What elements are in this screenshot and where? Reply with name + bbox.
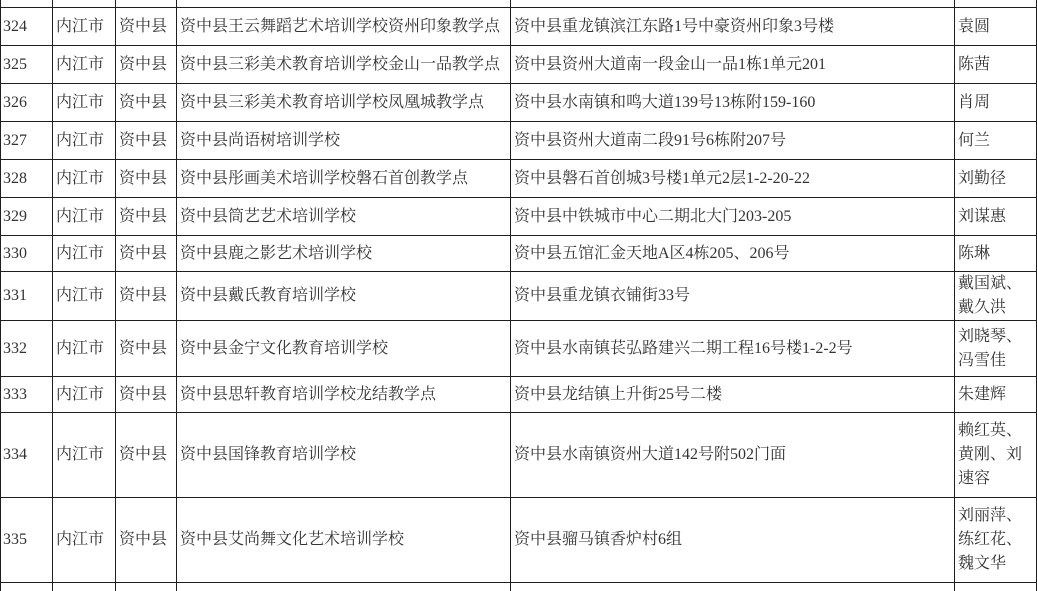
- table-row-partial-bottom: [1, 583, 1037, 591]
- county-cell: 资中县: [116, 413, 177, 498]
- county-cell: 资中县: [116, 498, 177, 583]
- table-row-partial-top: [1, 0, 1037, 8]
- city-cell: 内江市: [53, 236, 116, 272]
- school-cell: 资中县鹿之影艺术培训学校: [177, 236, 511, 272]
- contact-cell: 戴国斌、戴久洪: [955, 272, 1037, 321]
- seq-cell: 328: [1, 160, 53, 198]
- county-cell: [116, 583, 177, 591]
- city-cell: 内江市: [53, 272, 116, 321]
- contact-cell: 肖周: [955, 84, 1037, 122]
- contact-cell: [955, 583, 1037, 591]
- school-cell: 资中县国锋教育培训学校: [177, 413, 511, 498]
- seq-cell: 329: [1, 198, 53, 236]
- city-cell: [53, 0, 116, 8]
- county-cell: 资中县: [116, 198, 177, 236]
- city-cell: [53, 583, 116, 591]
- contact-cell: 袁圆: [955, 8, 1037, 46]
- city-cell: 内江市: [53, 46, 116, 84]
- table-row: 325 内江市 资中县 资中县三彩美术教育培训学校金山一品教学点 资中县资州大道…: [1, 46, 1037, 84]
- table-row: 327 内江市 资中县 资中县尚语树培训学校 资中县资州大道南二段91号6栋附2…: [1, 122, 1037, 160]
- county-cell: 资中县: [116, 236, 177, 272]
- school-cell: 资中县三彩美术教育培训学校凤凰城教学点: [177, 84, 511, 122]
- contact-cell: 刘勤径: [955, 160, 1037, 198]
- county-cell: 资中县: [116, 46, 177, 84]
- school-cell: 资中县思轩教育培训学校龙结教学点: [177, 377, 511, 413]
- seq-cell: 332: [1, 321, 53, 377]
- contact-cell: 刘晓琴、冯雪佳: [955, 321, 1037, 377]
- city-cell: 内江市: [53, 198, 116, 236]
- city-cell: 内江市: [53, 122, 116, 160]
- city-cell: 内江市: [53, 321, 116, 377]
- city-cell: 内江市: [53, 413, 116, 498]
- seq-cell: [1, 583, 53, 591]
- address-cell: 资中县龙结镇上升街25号二楼: [511, 377, 955, 413]
- seq-cell: 330: [1, 236, 53, 272]
- contact-cell: 陈琳: [955, 236, 1037, 272]
- address-cell: [511, 0, 955, 8]
- contact-cell: 朱建辉: [955, 377, 1037, 413]
- address-cell: [511, 583, 955, 591]
- seq-cell: 327: [1, 122, 53, 160]
- address-cell: 资中县重龙镇滨江东路1号中豪资州印象3号楼: [511, 8, 955, 46]
- county-cell: 资中县: [116, 122, 177, 160]
- city-cell: 内江市: [53, 8, 116, 46]
- county-cell: 资中县: [116, 84, 177, 122]
- contact-cell: 刘谋惠: [955, 198, 1037, 236]
- table-row: 334 内江市 资中县 资中县国锋教育培训学校 资中县水南镇资州大道142号附5…: [1, 413, 1037, 498]
- city-cell: 内江市: [53, 160, 116, 198]
- seq-cell: 325: [1, 46, 53, 84]
- contact-cell: 陈茜: [955, 46, 1037, 84]
- address-cell: 资中县重龙镇衣铺街33号: [511, 272, 955, 321]
- table-row: 335 内江市 资中县 资中县艾尚舞文化艺术培训学校 资中县骝马镇香炉村6组 刘…: [1, 498, 1037, 583]
- school-cell: 资中县王云舞蹈艺术培训学校资州印象教学点: [177, 8, 511, 46]
- address-cell: 资中县资州大道南一段金山一品1栋1单元201: [511, 46, 955, 84]
- address-cell: 资中县水南镇苌弘路建兴二期工程16号楼1-2-2号: [511, 321, 955, 377]
- contact-cell: 何兰: [955, 122, 1037, 160]
- table-row: 333 内江市 资中县 资中县思轩教育培训学校龙结教学点 资中县龙结镇上升街25…: [1, 377, 1037, 413]
- address-cell: 资中县水南镇和鸣大道139号13栋附159-160: [511, 84, 955, 122]
- county-cell: 资中县: [116, 8, 177, 46]
- seq-cell: 335: [1, 498, 53, 583]
- contact-cell: [955, 0, 1037, 8]
- city-cell: 内江市: [53, 377, 116, 413]
- table-row: 326 内江市 资中县 资中县三彩美术教育培训学校凤凰城教学点 资中县水南镇和鸣…: [1, 84, 1037, 122]
- table-row: 329 内江市 资中县 资中县筒艺艺术培训学校 资中县中铁城市中心二期北大门20…: [1, 198, 1037, 236]
- table-row: 330 内江市 资中县 资中县鹿之影艺术培训学校 资中县五馆汇金天地A区4栋20…: [1, 236, 1037, 272]
- seq-cell: 324: [1, 8, 53, 46]
- city-cell: 内江市: [53, 84, 116, 122]
- county-cell: 资中县: [116, 272, 177, 321]
- school-cell: 资中县筒艺艺术培训学校: [177, 198, 511, 236]
- city-cell: 内江市: [53, 498, 116, 583]
- address-cell: 资中县中铁城市中心二期北大门203-205: [511, 198, 955, 236]
- address-cell: 资中县五馆汇金天地A区4栋205、206号: [511, 236, 955, 272]
- county-cell: [116, 0, 177, 8]
- table-row: 328 内江市 资中县 资中县彤画美术培训学校磐石首创教学点 资中县磐石首创城3…: [1, 160, 1037, 198]
- seq-cell: 333: [1, 377, 53, 413]
- school-cell: [177, 0, 511, 8]
- address-cell: 资中县磐石首创城3号楼1单元2层1-2-20-22: [511, 160, 955, 198]
- table-row: 332 内江市 资中县 资中县金宁文化教育培训学校 资中县水南镇苌弘路建兴二期工…: [1, 321, 1037, 377]
- address-cell: 资中县骝马镇香炉村6组: [511, 498, 955, 583]
- county-cell: 资中县: [116, 321, 177, 377]
- county-cell: 资中县: [116, 377, 177, 413]
- table-row: 331 内江市 资中县 资中县戴氏教育培训学校 资中县重龙镇衣铺街33号 戴国斌…: [1, 272, 1037, 321]
- address-cell: 资中县水南镇资州大道142号附502门面: [511, 413, 955, 498]
- school-cell: 资中县金宁文化教育培训学校: [177, 321, 511, 377]
- contact-cell: 刘丽萍、练红花、魏文华: [955, 498, 1037, 583]
- school-cell: 资中县戴氏教育培训学校: [177, 272, 511, 321]
- school-cell: 资中县彤画美术培训学校磐石首创教学点: [177, 160, 511, 198]
- seq-cell: 331: [1, 272, 53, 321]
- training-schools-table: 324 内江市 资中县 资中县王云舞蹈艺术培训学校资州印象教学点 资中县重龙镇滨…: [0, 0, 1037, 591]
- table-row: 324 内江市 资中县 资中县王云舞蹈艺术培训学校资州印象教学点 资中县重龙镇滨…: [1, 8, 1037, 46]
- school-cell: [177, 583, 511, 591]
- address-cell: 资中县资州大道南二段91号6栋附207号: [511, 122, 955, 160]
- seq-cell: 334: [1, 413, 53, 498]
- county-cell: 资中县: [116, 160, 177, 198]
- contact-cell: 赖红英、黄刚、刘速容: [955, 413, 1037, 498]
- school-cell: 资中县尚语树培训学校: [177, 122, 511, 160]
- school-cell: 资中县艾尚舞文化艺术培训学校: [177, 498, 511, 583]
- seq-cell: [1, 0, 53, 8]
- school-cell: 资中县三彩美术教育培训学校金山一品教学点: [177, 46, 511, 84]
- seq-cell: 326: [1, 84, 53, 122]
